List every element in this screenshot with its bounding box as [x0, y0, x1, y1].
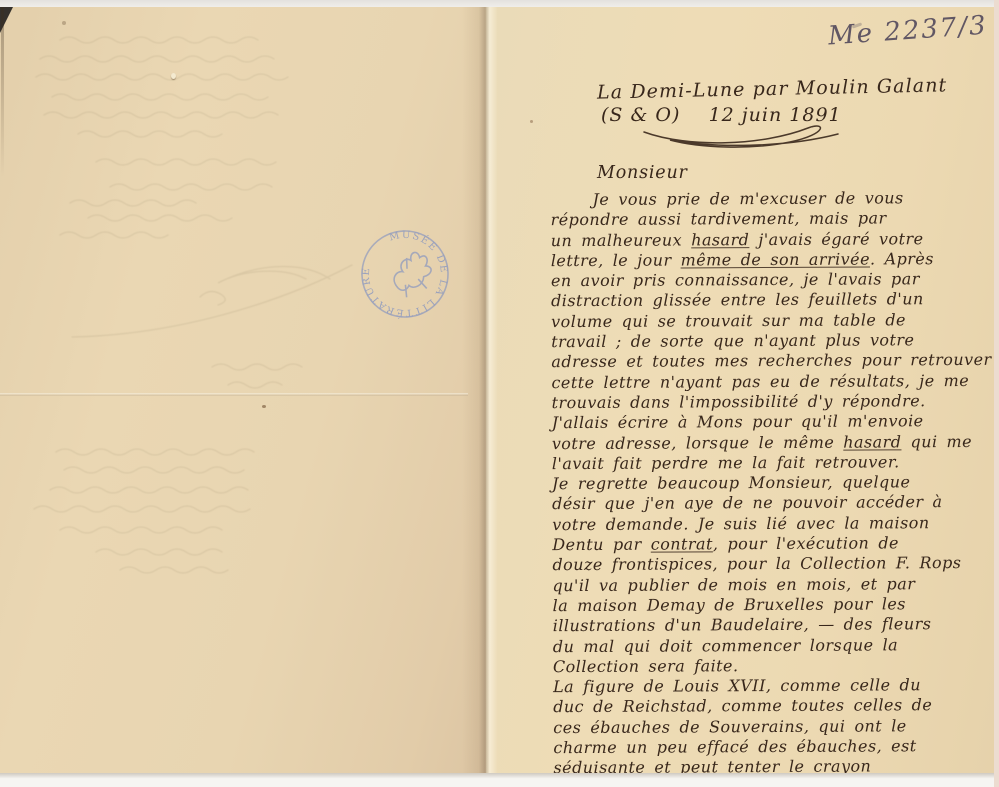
letter-line: trouvais dans l'impossibilité d'y répond… — [552, 391, 996, 414]
scanner-edge-top — [0, 0, 999, 7]
paper-speck — [171, 73, 176, 79]
letter-line: un malheureux hasard j'avais égaré votre — [551, 228, 995, 251]
letter-line: la maison Demay de Bruxelles pour les — [553, 594, 997, 617]
letter-line: du mal qui doit commencer lorsque la — [553, 634, 997, 657]
letter-line: duc de Reichstad, comme toutes celles de — [553, 695, 997, 718]
salutation: Monsieur — [597, 163, 688, 183]
letter-line: Dentu par contrat, pour l'exécution de — [552, 533, 996, 556]
letter-line: lettre, le jour même de son arrivée. Apr… — [551, 249, 995, 272]
letter-line: distraction glissée entre les feuillets … — [551, 289, 995, 312]
letter-line: douze frontispices, pour la Collection F… — [552, 553, 996, 576]
letter-body: Je vous prie de m'excuser de vous répond… — [550, 188, 997, 779]
letter-line: désir que j'en aye de ne pouvoir accéder… — [552, 492, 996, 515]
letter-line: Je regrette beaucoup Monsieur, quelque — [552, 472, 996, 495]
letter-line: ces ébauches de Souverains, qui ont le — [553, 716, 997, 739]
letter-line: Je vous prie de m'excuser de vous — [550, 188, 994, 211]
scanner-edge-bottom — [0, 773, 999, 787]
letter-line: cette lettre n'ayant pas eu de résultats… — [551, 371, 995, 394]
paper-speck — [262, 405, 266, 408]
letter-line: votre demande. Je suis lié avec la maiso… — [552, 513, 996, 536]
date-underline-flourish — [638, 120, 848, 160]
letter-scan: MUSÉE DE LA LITTÉRATURE Me 2237/3 La Dem… — [0, 0, 999, 787]
letter-line: illustrations d'un Baudelaire, — des fle… — [553, 614, 997, 637]
scanner-edge-right — [994, 0, 999, 787]
letter-line: l'avait fait perdre me la fait retrouver… — [552, 452, 996, 475]
letter-line: travail ; de sorte que n'ayant plus votr… — [551, 330, 995, 353]
paper-speck — [62, 21, 66, 25]
letter-line: adresse et toutes mes recherches pour re… — [551, 350, 995, 373]
paper-speck — [596, 686, 599, 689]
letter-line: en avoir pris connaissance, je l'avais p… — [551, 269, 995, 292]
letter-line: qu'il va publier de mois en mois, et par — [552, 573, 996, 596]
letter-line: votre adresse, lorsque le même hasard qu… — [552, 431, 996, 454]
letter-line: La figure de Louis XVII, comme celle du — [553, 675, 997, 698]
letter-line: J'allais écrire à Mons pour qu'il m'envo… — [552, 411, 996, 434]
letter-line: répondre aussi tardivement, mais par — [551, 208, 995, 231]
letter-line: Collection sera faite. — [553, 655, 997, 678]
letter-line: volume qui se trouvait sur ma table de — [551, 310, 995, 333]
stamp-pegasus-icon — [387, 249, 438, 300]
letter-line: charme un peu effacé des ébauches, est — [553, 736, 997, 759]
paper-speck — [530, 120, 533, 123]
